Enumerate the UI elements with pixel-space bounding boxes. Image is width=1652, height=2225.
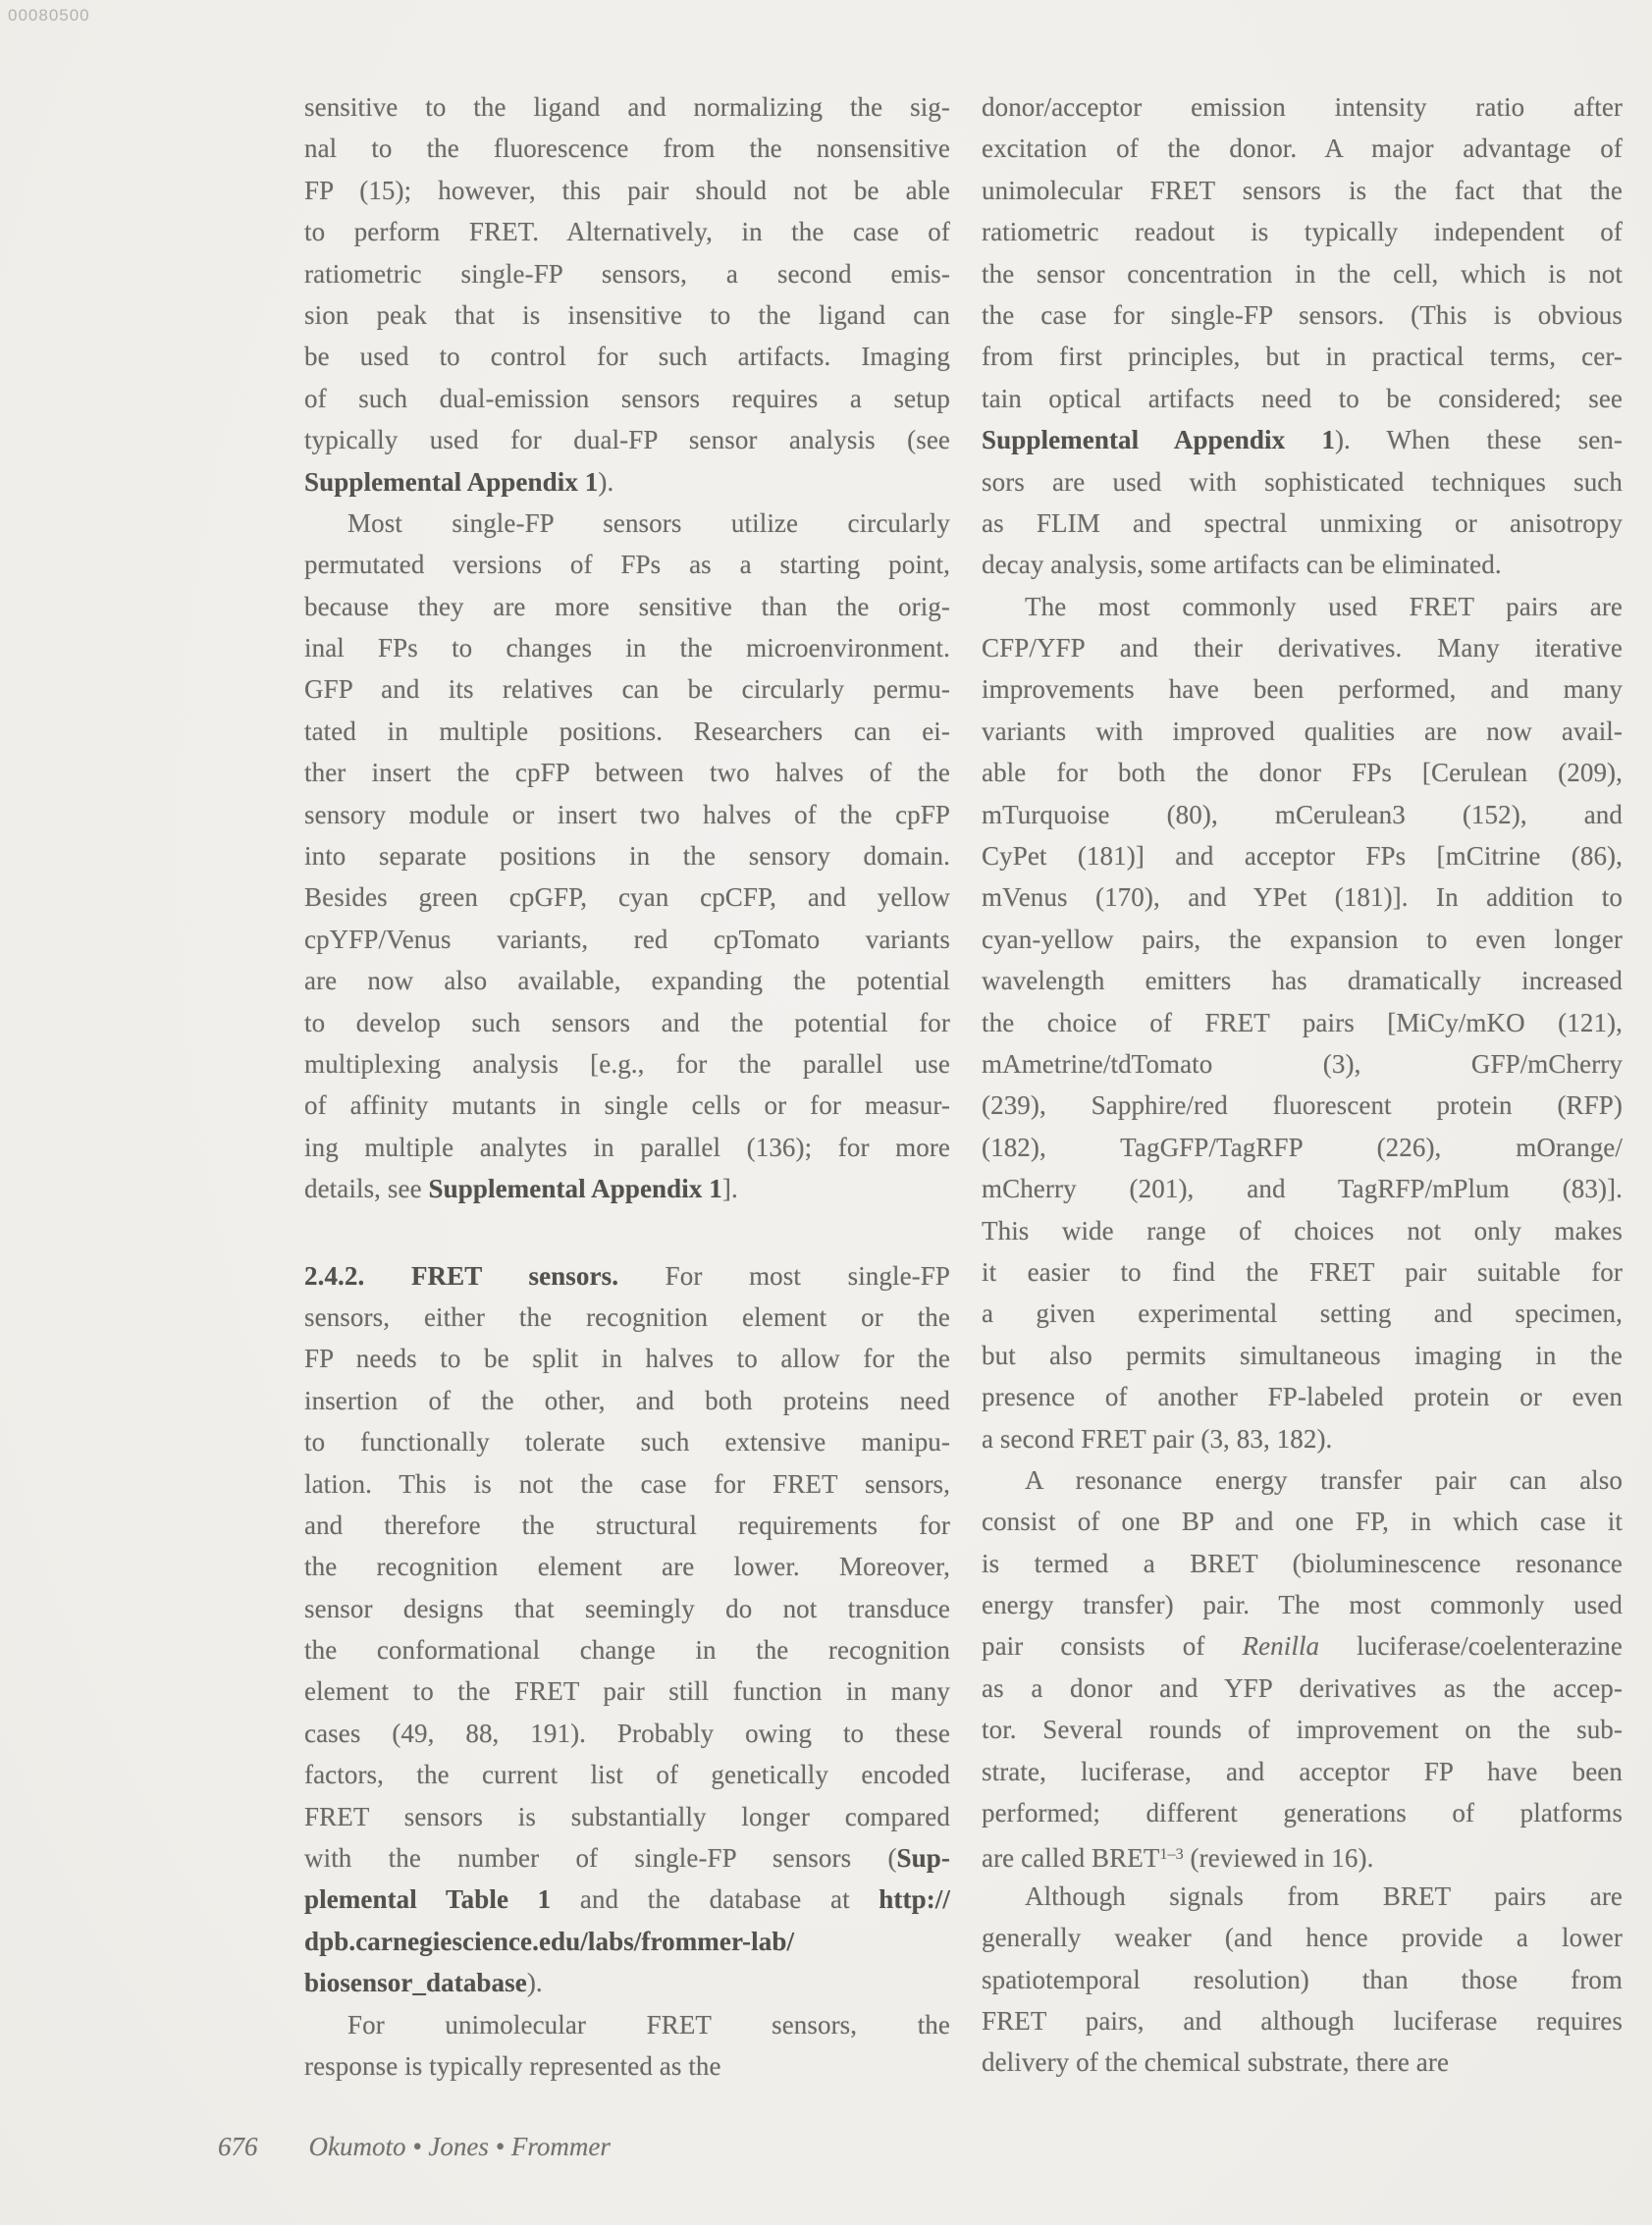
text-line: plemental Table 1 and the database at ht… (304, 1879, 950, 1920)
text-run: tor. Several rounds of improvement on th… (982, 1715, 1623, 1744)
text-run: as FLIM and spectral unmixing or anisotr… (982, 508, 1623, 538)
text-line: element to the FRET pair still function … (304, 1670, 950, 1712)
text-line: CyPet (181)] and acceptor FPs [mCitrine … (982, 835, 1623, 876)
text-run: sensory module or insert two halves of t… (304, 800, 950, 829)
text-run: to develop such sensors and the potentia… (304, 1008, 950, 1037)
text-line: a given experimental setting and specime… (982, 1293, 1623, 1334)
text-run: permutated versions of FPs as a starting… (304, 550, 950, 579)
text-run: the case for single-FP sensors. (This is… (982, 300, 1623, 330)
text-line: tor. Several rounds of improvement on th… (982, 1709, 1623, 1750)
text-line: mTurquoise (80), mCerulean3 (152), and (982, 794, 1623, 835)
text-run: tated in multiple positions. Researchers… (304, 716, 950, 746)
text-line: CFP/YFP and their derivatives. Many iter… (982, 627, 1623, 668)
text-run: improvements have been performed, and ma… (982, 674, 1623, 704)
text-line: lation. This is not the case for FRET se… (304, 1463, 950, 1505)
text-line: it easier to find the FRET pair suitable… (982, 1251, 1623, 1293)
right-text-column: donor/acceptor emission intensity ratio … (982, 86, 1623, 2084)
text-line: with the number of single-FP sensors (Su… (304, 1837, 950, 1879)
text-run: ther insert the cpFP between two halves … (304, 758, 950, 787)
text-run: be used to control for such artifacts. I… (304, 342, 950, 371)
superscript-run: 1–3 (1159, 1845, 1183, 1863)
text-line: cpYFP/Venus variants, red cpTomato varia… (304, 919, 950, 960)
text-run: element to the FRET pair still function … (304, 1676, 950, 1706)
text-line: mCherry (201), and TagRFP/mPlum (83)]. (982, 1168, 1623, 1209)
text-run: mAmetrine/tdTomato (3), GFP/mCherry (982, 1049, 1623, 1079)
text-line: improvements have been performed, and ma… (982, 668, 1623, 710)
text-run: ratiometric single-FP sensors, a second … (304, 259, 950, 289)
text-run: ). When these sen- (1335, 425, 1623, 454)
text-line: dpb.carnegiescience.edu/labs/frommer-lab… (304, 1921, 950, 1962)
text-line: energy transfer) pair. The most commonly… (982, 1584, 1623, 1625)
text-run: strate, luciferase, and acceptor FP have… (982, 1757, 1623, 1786)
text-line: mAmetrine/tdTomato (3), GFP/mCherry (982, 1043, 1623, 1085)
text-line: Supplemental Appendix 1). When these sen… (982, 419, 1623, 460)
text-line: The most commonly used FRET pairs are (982, 586, 1623, 627)
text-run: FP (15); however, this pair should not b… (304, 176, 950, 205)
text-line: For unimolecular FRET sensors, the (304, 2004, 950, 2045)
text-line: delivery of the chemical substrate, ther… (982, 2041, 1623, 2083)
text-run: sion peak that is insensitive to the lig… (304, 300, 950, 330)
text-run: inal FPs to changes in the microenvironm… (304, 633, 950, 662)
text-run: consist of one BP and one FP, in which c… (982, 1507, 1623, 1536)
text-line: pair consists of Renilla luciferase/coel… (982, 1625, 1623, 1667)
text-line: tated in multiple positions. Researchers… (304, 711, 950, 752)
text-run: pair consists of (982, 1631, 1242, 1661)
text-line: spatiotemporal resolution) than those fr… (982, 1959, 1623, 2000)
text-line: sensors, either the recognition element … (304, 1297, 950, 1338)
text-run: details, see (304, 1174, 429, 1203)
text-line: This wide range of choices not only make… (982, 1210, 1623, 1251)
text-line: donor/acceptor emission intensity ratio … (982, 86, 1623, 128)
text-run: of affinity mutants in single cells or f… (304, 1090, 950, 1120)
bold-text-run: biosensor_database (304, 1968, 527, 1997)
page-number: 676 (218, 2132, 258, 2161)
text-line: generally weaker (and hence provide a lo… (982, 1917, 1623, 1958)
text-run: cases (49, 88, 191). Probably owing to t… (304, 1719, 950, 1748)
text-run: ratiometric readout is typically indepen… (982, 217, 1623, 246)
text-line: typically used for dual-FP sensor analys… (304, 419, 950, 460)
text-line: tain optical artifacts need to be consid… (982, 378, 1623, 419)
text-run: able for both the donor FPs [Cerulean (2… (982, 758, 1623, 787)
text-run: CFP/YFP and their derivatives. Many iter… (982, 633, 1623, 662)
paragraph: donor/acceptor emission intensity ratio … (982, 86, 1623, 586)
text-line: consist of one BP and one FP, in which c… (982, 1501, 1623, 1542)
text-run: sors are used with sophisticated techniq… (982, 467, 1623, 497)
text-line: to develop such sensors and the potentia… (304, 1002, 950, 1043)
text-run: (reviewed in 16). (1184, 1844, 1374, 1874)
text-run: variants with improved qualities are now… (982, 716, 1623, 746)
text-run: into separate positions in the sensory d… (304, 841, 950, 871)
text-line: to functionally tolerate such extensive … (304, 1421, 950, 1462)
text-line: as a donor and YFP derivatives as the ac… (982, 1668, 1623, 1709)
text-run: sensor designs that seemingly do not tra… (304, 1594, 950, 1623)
bold-text-run: http:// (879, 1884, 950, 1914)
text-line: Besides green cpGFP, cyan cpCFP, and yel… (304, 876, 950, 918)
text-line: the conformational change in the recogni… (304, 1629, 950, 1670)
paragraph: The most commonly used FRET pairs areCFP… (982, 586, 1623, 1459)
text-run: the choice of FRET pairs [MiCy/mKO (121)… (982, 1008, 1623, 1037)
paragraph: Most single-FP sensors utilize circularl… (304, 503, 950, 1210)
text-line: Supplemental Appendix 1). (304, 461, 950, 503)
text-line: insertion of the other, and both protein… (304, 1380, 950, 1421)
text-run: For unimolecular FRET sensors, the (347, 2010, 950, 2040)
text-line: cyan-yellow pairs, the expansion to even… (982, 919, 1623, 960)
text-line: decay analysis, some artifacts can be el… (982, 544, 1623, 585)
text-run: (239), Sapphire/red fluorescent protein … (982, 1090, 1623, 1120)
bold-text-run: Supplemental Appendix 1 (304, 467, 598, 497)
text-run: spatiotemporal resolution) than those fr… (982, 1965, 1623, 1994)
text-run: wavelength emitters has dramatically inc… (982, 966, 1623, 995)
bold-text-run: Supplemental Appendix 1 (429, 1174, 722, 1203)
text-run: A resonance energy transfer pair can als… (1025, 1465, 1623, 1495)
text-line: FP needs to be split in halves to allow … (304, 1338, 950, 1379)
text-line: Most single-FP sensors utilize circularl… (304, 503, 950, 544)
text-run: ing multiple analytes in parallel (136);… (304, 1133, 950, 1162)
text-run: mVenus (170), and YPet (181)]. In additi… (982, 882, 1623, 912)
text-run: mTurquoise (80), mCerulean3 (152), and (982, 800, 1623, 829)
text-run: For most single-FP (618, 1261, 950, 1291)
text-line: ratiometric single-FP sensors, a second … (304, 253, 950, 294)
text-line: response is typically represented as the (304, 2045, 950, 2087)
text-run: decay analysis, some artifacts can be el… (982, 550, 1502, 579)
bold-text-run: dpb.carnegiescience.edu/labs/frommer-lab… (304, 1927, 794, 1956)
text-run: ). (527, 1968, 543, 1997)
text-run: delivery of the chemical substrate, ther… (982, 2047, 1449, 2077)
italic-text-run: Renilla (1242, 1631, 1319, 1661)
text-run: a given experimental setting and specime… (982, 1298, 1623, 1328)
text-line: as FLIM and spectral unmixing or anisotr… (982, 503, 1623, 544)
text-line: is termed a BRET (bioluminescence resona… (982, 1543, 1623, 1584)
footer-authors: Okumoto • Jones • Frommer (309, 2132, 611, 2161)
text-run: generally weaker (and hence provide a lo… (982, 1923, 1623, 1952)
text-line: Although signals from BRET pairs are (982, 1876, 1623, 1917)
text-line: 2.4.2. FRET sensors. For most single-FP (304, 1255, 950, 1297)
bold-text-run: 2.4.2. FRET sensors. (304, 1261, 618, 1291)
text-line: multiplexing analysis [e.g., for the par… (304, 1043, 950, 1085)
text-run: to perform FRET. Alternatively, in the c… (304, 217, 950, 246)
paragraph: 2.4.2. FRET sensors. For most single-FPs… (304, 1255, 950, 2004)
text-line: (239), Sapphire/red fluorescent protein … (982, 1085, 1623, 1126)
text-line: but also permits simultaneous imaging in… (982, 1335, 1623, 1376)
text-run: mCherry (201), and TagRFP/mPlum (83)]. (982, 1174, 1623, 1203)
text-run: cpYFP/Venus variants, red cpTomato varia… (304, 925, 950, 954)
text-run: and the database at (551, 1884, 879, 1914)
text-run: CyPet (181)] and acceptor FPs [mCitrine … (982, 841, 1623, 871)
text-run: factors, the current list of genetically… (304, 1760, 950, 1789)
text-run: ). (598, 467, 613, 497)
text-run: to functionally tolerate such extensive … (304, 1427, 950, 1457)
text-run: Most single-FP sensors utilize circularl… (347, 508, 950, 538)
paragraph: For unimolecular FRET sensors, therespon… (304, 2004, 950, 2088)
text-run: nal to the fluorescence from the nonsens… (304, 133, 950, 163)
text-run: as a donor and YFP derivatives as the ac… (982, 1673, 1623, 1703)
text-line: nal to the fluorescence from the nonsens… (304, 128, 950, 169)
text-line: be used to control for such artifacts. I… (304, 336, 950, 377)
text-line: to perform FRET. Alternatively, in the c… (304, 211, 950, 252)
paragraph: sensitive to the ligand and normalizing … (304, 86, 950, 503)
bold-text-run: plemental Table 1 (304, 1884, 551, 1914)
paragraph: A resonance energy transfer pair can als… (982, 1459, 1623, 1876)
text-line: because they are more sensitive than the… (304, 586, 950, 627)
text-run: the recognition element are lower. Moreo… (304, 1552, 950, 1581)
text-line: of affinity mutants in single cells or f… (304, 1085, 950, 1126)
text-line: mVenus (170), and YPet (181)]. In additi… (982, 876, 1623, 918)
text-run: donor/acceptor emission intensity ratio … (982, 92, 1623, 122)
text-line: sors are used with sophisticated techniq… (982, 461, 1623, 503)
text-line: the case for single-FP sensors. (This is… (982, 294, 1623, 336)
text-run: of such dual-emission sensors requires a… (304, 384, 950, 413)
text-line: sensitive to the ligand and normalizing … (304, 86, 950, 128)
text-line: strate, luciferase, and acceptor FP have… (982, 1751, 1623, 1792)
text-run: energy transfer) pair. The most commonly… (982, 1590, 1623, 1619)
running-footer: 676Okumoto • Jones • Frommer (218, 2132, 611, 2162)
text-line: factors, the current list of genetically… (304, 1754, 950, 1795)
text-line: ther insert the cpFP between two halves … (304, 752, 950, 793)
text-line: sensory module or insert two halves of t… (304, 794, 950, 835)
text-line: permutated versions of FPs as a starting… (304, 544, 950, 585)
text-line: variants with improved qualities are now… (982, 711, 1623, 752)
text-line: able for both the donor FPs [Cerulean (2… (982, 752, 1623, 793)
left-text-column: sensitive to the ligand and normalizing … (304, 86, 950, 2087)
text-line: of such dual-emission sensors requires a… (304, 378, 950, 419)
text-line: a second FRET pair (3, 83, 182). (982, 1418, 1623, 1459)
text-line: cases (49, 88, 191). Probably owing to t… (304, 1713, 950, 1754)
bold-text-run: Supplemental Appendix 1 (982, 425, 1335, 454)
text-line: ratiometric readout is typically indepen… (982, 211, 1623, 252)
text-run: insertion of the other, and both protein… (304, 1386, 950, 1415)
text-run: FRET pairs, and although luciferase requ… (982, 2006, 1623, 2036)
text-line: and therefore the structural requirement… (304, 1505, 950, 1546)
text-run: multiplexing analysis [e.g., for the par… (304, 1049, 950, 1079)
text-run: and therefore the structural requirement… (304, 1510, 950, 1540)
text-run: cyan-yellow pairs, the expansion to even… (982, 925, 1623, 954)
text-run: GFP and its relatives can be circularly … (304, 674, 950, 704)
text-line: into separate positions in the sensory d… (304, 835, 950, 876)
text-run: lation. This is not the case for FRET se… (304, 1469, 950, 1499)
text-run: ]. (722, 1174, 738, 1203)
text-run: is termed a BRET (bioluminescence resona… (982, 1549, 1623, 1578)
text-run: Although signals from BRET pairs are (1025, 1881, 1623, 1911)
text-run: sensitive to the ligand and normalizing … (304, 92, 950, 122)
text-line: FRET sensors is substantially longer com… (304, 1796, 950, 1837)
text-run: the sensor concentration in the cell, wh… (982, 259, 1623, 289)
text-line: the sensor concentration in the cell, wh… (982, 253, 1623, 294)
text-line: excitation of the donor. A major advanta… (982, 128, 1623, 169)
text-line: FP (15); however, this pair should not b… (304, 170, 950, 211)
text-line: sion peak that is insensitive to the lig… (304, 294, 950, 336)
text-line: are called BRET1–3 (reviewed in 16). (982, 1833, 1623, 1875)
text-line: the recognition element are lower. Moreo… (304, 1546, 950, 1587)
text-run: typically used for dual-FP sensor analys… (304, 425, 950, 454)
text-line: presence of another FP-labeled protein o… (982, 1376, 1623, 1417)
text-line: (182), TagGFP/TagRFP (226), mOrange/ (982, 1127, 1623, 1168)
text-line: biosensor_database). (304, 1962, 950, 2003)
text-run: are called BRET (982, 1844, 1159, 1874)
text-line: from first principles, but in practical … (982, 336, 1623, 377)
text-line: details, see Supplemental Appendix 1]. (304, 1168, 950, 1209)
text-line: are now also available, expanding the po… (304, 960, 950, 1001)
text-line: sensor designs that seemingly do not tra… (304, 1588, 950, 1629)
text-run: The most commonly used FRET pairs are (1025, 592, 1623, 621)
text-run: Besides green cpGFP, cyan cpCFP, and yel… (304, 882, 950, 912)
text-run: because they are more sensitive than the… (304, 592, 950, 621)
text-run: are now also available, expanding the po… (304, 966, 950, 995)
scan-watermark-number: 00080500 (8, 6, 90, 26)
text-run: excitation of the donor. A major advanta… (982, 133, 1623, 163)
text-line: performed; different generations of plat… (982, 1792, 1623, 1833)
text-line: inal FPs to changes in the microenvironm… (304, 627, 950, 668)
text-line: A resonance energy transfer pair can als… (982, 1459, 1623, 1501)
text-line: FRET pairs, and although luciferase requ… (982, 2000, 1623, 2041)
text-run: (182), TagGFP/TagRFP (226), mOrange/ (982, 1133, 1623, 1162)
text-run: a second FRET pair (3, 83, 182). (982, 1424, 1332, 1454)
text-run: the conformational change in the recogni… (304, 1635, 950, 1665)
text-run: response is typically represented as the (304, 2051, 721, 2081)
text-run: but also permits simultaneous imaging in… (982, 1341, 1623, 1370)
paragraph: Although signals from BRET pairs aregene… (982, 1876, 1623, 2084)
text-run: FP needs to be split in halves to allow … (304, 1344, 950, 1373)
text-run: This wide range of choices not only make… (982, 1216, 1623, 1245)
text-line: the choice of FRET pairs [MiCy/mKO (121)… (982, 1002, 1623, 1043)
text-line: GFP and its relatives can be circularly … (304, 668, 950, 710)
bold-text-run: Sup- (897, 1843, 950, 1873)
text-line: ing multiple analytes in parallel (136);… (304, 1127, 950, 1168)
text-run: from first principles, but in practical … (982, 342, 1623, 371)
text-run: sensors, either the recognition element … (304, 1302, 950, 1332)
text-run: performed; different generations of plat… (982, 1798, 1623, 1828)
text-line: unimolecular FRET sensors is the fact th… (982, 170, 1623, 211)
text-run: FRET sensors is substantially longer com… (304, 1802, 950, 1831)
text-run: luciferase/coelenterazine (1319, 1631, 1623, 1661)
text-run: unimolecular FRET sensors is the fact th… (982, 176, 1623, 205)
scanned-paper-page: 00080500 sensitive to the ligand and nor… (0, 0, 1652, 2225)
text-line: wavelength emitters has dramatically inc… (982, 960, 1623, 1001)
text-run: it easier to find the FRET pair suitable… (982, 1257, 1623, 1287)
text-run: presence of another FP-labeled protein o… (982, 1382, 1623, 1411)
text-run: tain optical artifacts need to be consid… (982, 384, 1623, 413)
text-run: with the number of single-FP sensors ( (304, 1843, 897, 1873)
